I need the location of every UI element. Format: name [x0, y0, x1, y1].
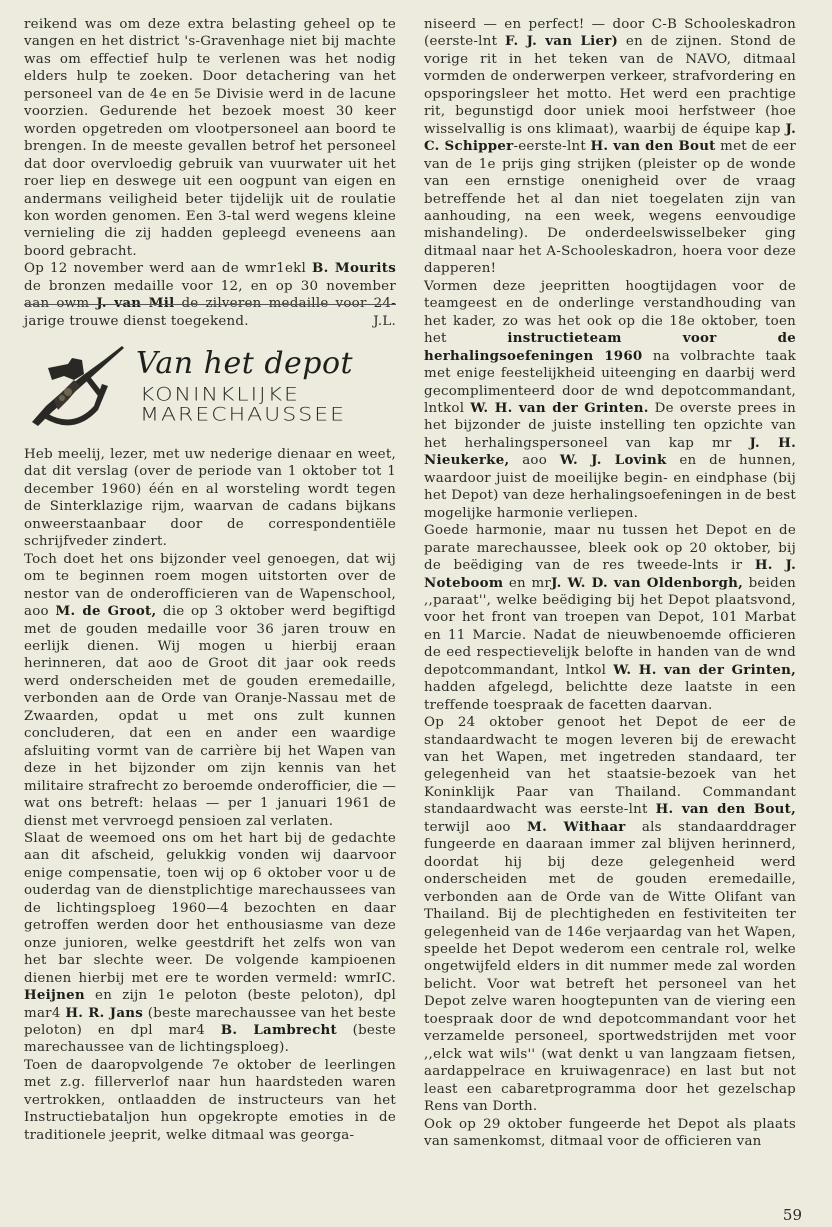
section-caps-line1: KONINKLIJKE	[140, 386, 300, 405]
paragraph: Vormen deze jeepritten hoogtijdagen voor…	[424, 278, 796, 522]
section-caps-line2: MARECHAUSSEE	[140, 406, 346, 425]
section-divider	[24, 304, 396, 305]
paragraph: Op 12 november werd aan de wmr1ekl B. Mo…	[24, 260, 396, 330]
paragraph: Slaat de weemoed ons om het hart bij de …	[24, 830, 396, 1057]
section-header: Van het depot KONINKLIJKE MARECHAUSSEE	[24, 336, 396, 436]
bold-name: F. J. van Lier)	[505, 33, 618, 49]
rifle-emblem-icon	[24, 340, 134, 430]
bold-name: B. Lambrecht	[221, 1022, 337, 1038]
left-column-bottom: Heb meelij, lezer, met uw nederige diena…	[24, 446, 396, 1144]
bold-name: M. Withaar	[527, 819, 626, 835]
paragraph: niseerd — en perfect! — door C-B Schoole…	[424, 16, 796, 278]
bold-name: B. Mourits	[312, 260, 396, 276]
paragraph: reikend was om deze extra belasting gehe…	[24, 16, 396, 260]
page-number: 59	[783, 1206, 802, 1224]
bold-name: H. R. Jans	[65, 1005, 143, 1021]
paragraph: Heb meelij, lezer, met uw nederige diena…	[24, 446, 396, 551]
bold-name: J. W. D. van Oldenborgh,	[551, 575, 743, 591]
paragraph: Ook op 29 oktober fungeerde het Depot al…	[424, 1116, 796, 1151]
section-script-title: Van het depot	[136, 346, 353, 381]
bold-name: H. van den Bout,	[656, 801, 796, 817]
bold-name: W. H. van der Grinten,	[613, 662, 796, 678]
paragraph: Op 24 oktober genoot het Depot de eer de…	[424, 714, 796, 1115]
paragraph: Toch doet het ons bijzonder veel genoege…	[24, 551, 396, 830]
left-column-top: reikend was om deze extra belasting gehe…	[24, 16, 396, 330]
bold-name: H. van den Bout	[591, 138, 716, 154]
right-column: niseerd — en perfect! — door C-B Schoole…	[424, 16, 796, 1150]
author-signature: J.L.	[373, 313, 396, 330]
paragraph: Toen de daaropvolgende 7e oktober de lee…	[24, 1057, 396, 1144]
bold-name: Heijnen	[24, 987, 85, 1003]
bold-name: instructieteam voor de herhalingsoefenin…	[424, 330, 796, 363]
paragraph: Goede harmonie, maar nu tussen het Depot…	[424, 522, 796, 714]
magazine-page: reikend was om deze extra belasting gehe…	[0, 0, 832, 1227]
bold-name: W. H. van der Grinten.	[470, 400, 648, 416]
bold-name: M. de Groot,	[55, 603, 156, 619]
bold-name: W. J. Lovink	[560, 452, 667, 468]
